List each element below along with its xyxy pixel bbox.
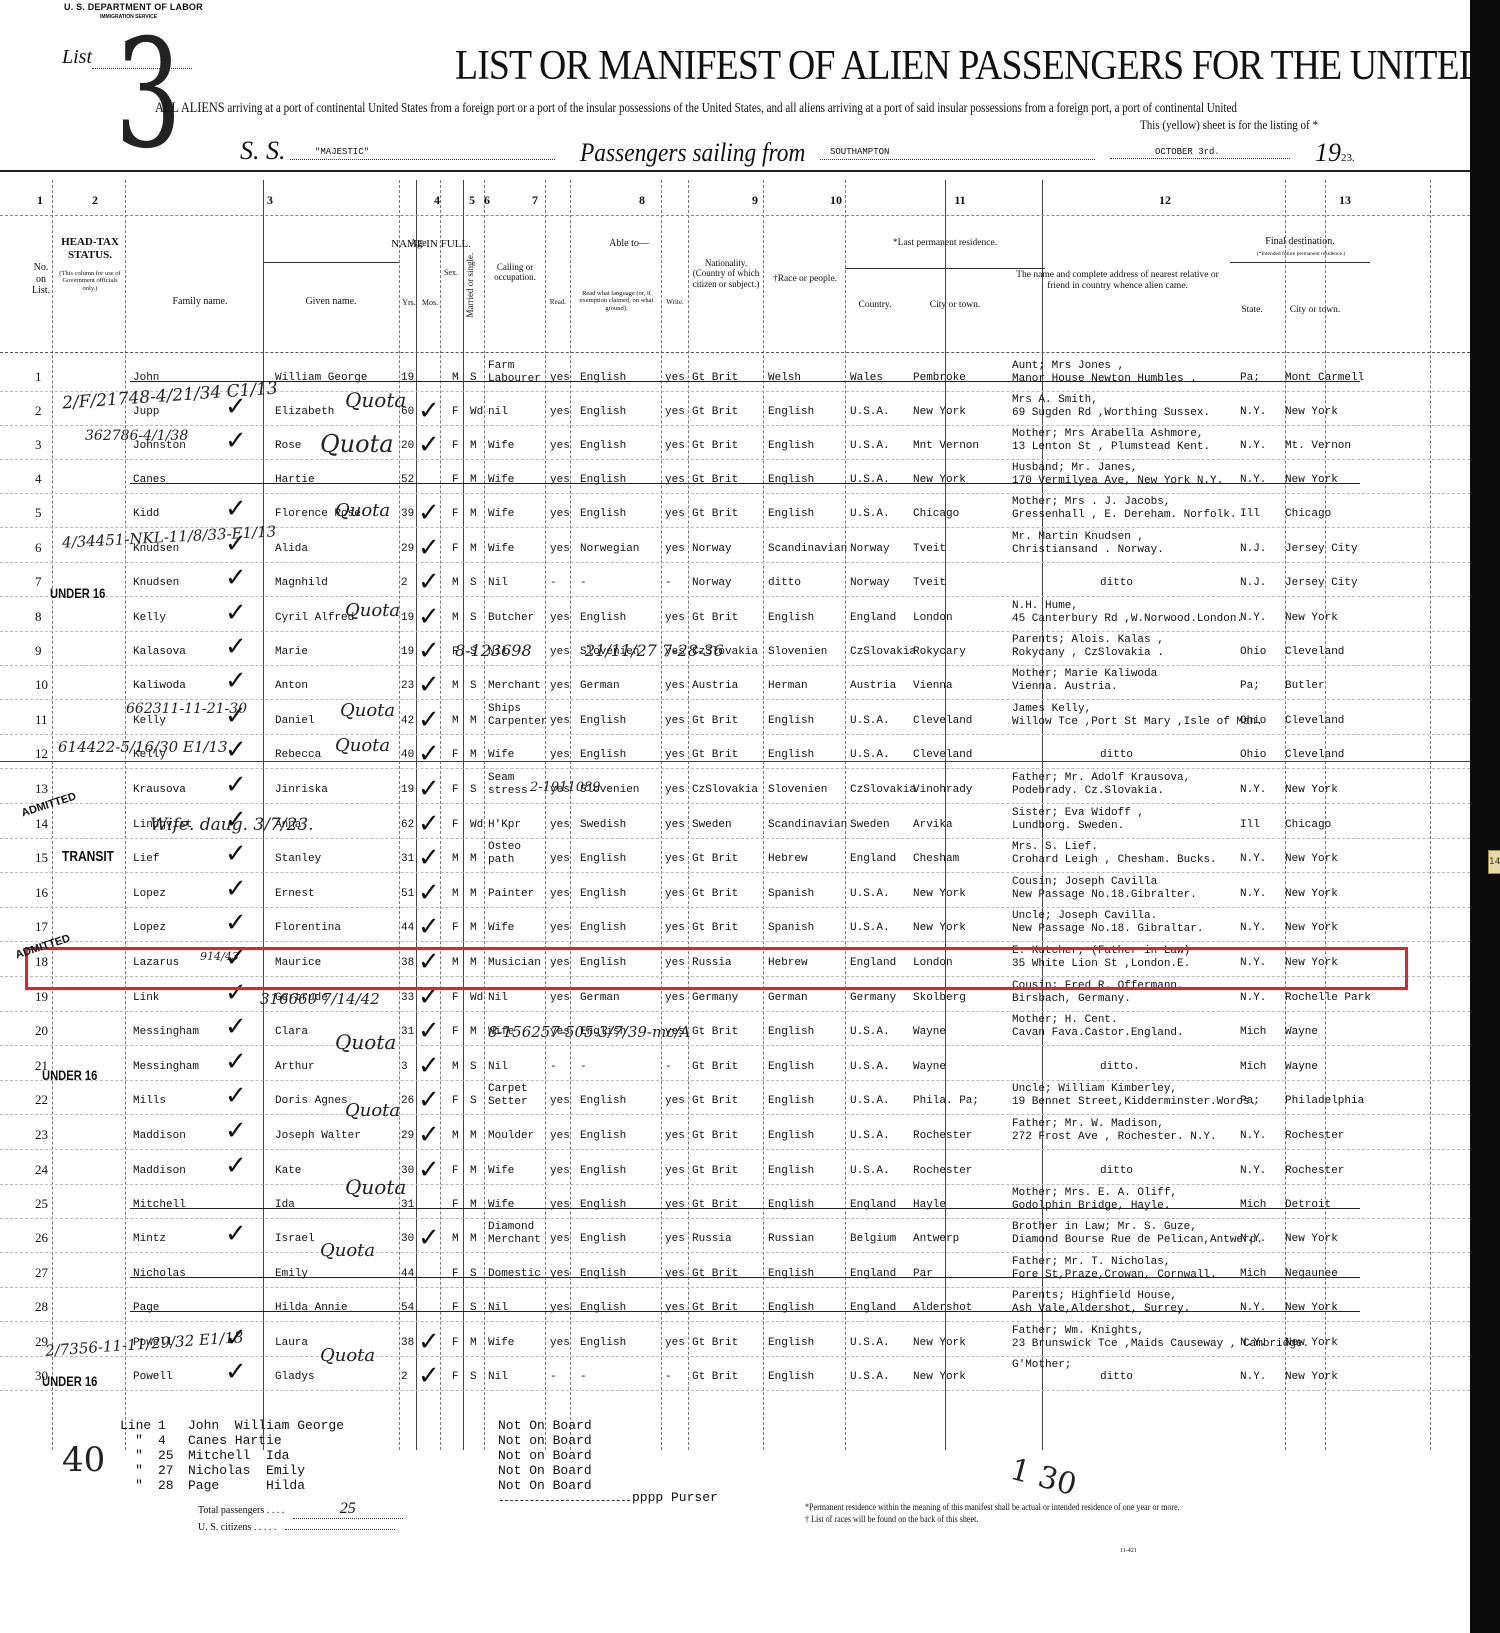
family-name: Lief xyxy=(133,853,159,866)
read-language: English xyxy=(580,1302,626,1315)
relative-address: Diamond Bourse Rue de Pelican,Antwerp. xyxy=(1012,1234,1263,1247)
can-write: yes xyxy=(665,1130,685,1143)
handwritten-quota: Quota xyxy=(335,500,390,521)
check-icon: ✓ xyxy=(225,1014,247,1040)
residence-country: CzSlovakia xyxy=(850,646,916,659)
row-divider xyxy=(0,872,1470,873)
table-row: 21MessinghamArthur3MSNil---Gt BritEnglis… xyxy=(0,1047,1470,1081)
race: English xyxy=(768,1095,814,1108)
can-write: - xyxy=(665,1371,672,1384)
list-line xyxy=(92,68,192,69)
marital-status: M xyxy=(470,474,477,487)
note-passenger-name: Page Hilda xyxy=(188,1478,498,1493)
residence-city: Antwerp xyxy=(913,1233,959,1246)
residence-city: Chicago xyxy=(913,508,959,521)
row-number: 22 xyxy=(35,1093,48,1106)
list-label: List xyxy=(62,46,92,69)
residence-city: Rokycary xyxy=(913,646,966,659)
check-icon: ✓ xyxy=(225,1153,247,1179)
residence-country: CzSlovakia xyxy=(850,784,916,797)
note-line-number: 28 xyxy=(158,1478,188,1493)
can-read: - xyxy=(550,1061,557,1074)
destination-city: Philadelphia xyxy=(1285,1095,1364,1108)
nationality: Gt Brit xyxy=(692,1268,738,1281)
sex: M xyxy=(452,680,459,693)
header-dest-city: City or town. xyxy=(1275,305,1355,316)
relative-name: Aunt; Mrs Jones , xyxy=(1012,360,1124,373)
handwritten-note: 662311-11-21-30 xyxy=(126,701,247,717)
residence-country: U.S.A. xyxy=(850,1337,890,1350)
sex: F xyxy=(452,819,459,832)
nationality: Gt Brit xyxy=(692,1130,738,1143)
destination-city: Negaunee xyxy=(1285,1268,1338,1281)
can-read: - xyxy=(550,577,557,590)
row-number: 8 xyxy=(35,610,42,623)
can-write: yes xyxy=(665,888,685,901)
read-language: English xyxy=(580,1165,626,1178)
note-status: Not On Board xyxy=(498,1418,592,1433)
age-years: 39 xyxy=(401,508,414,521)
destination-city: Mt. Vernon xyxy=(1285,440,1351,453)
relative-address: ditto xyxy=(1100,1165,1133,1178)
row-number: 15 xyxy=(35,851,48,864)
occupation: Wife xyxy=(488,1165,514,1178)
can-write: yes xyxy=(665,440,685,453)
can-write: yes xyxy=(665,612,685,625)
race: Spanish xyxy=(768,922,814,935)
read-language: English xyxy=(580,853,626,866)
relative-name: Uncle; William Kimberley, xyxy=(1012,1083,1177,1096)
destination-state: N.Y. xyxy=(1240,922,1266,935)
sex: F xyxy=(452,1026,459,1039)
can-read: yes xyxy=(550,474,570,487)
departure-port: SOUTHAMPTON xyxy=(820,147,1095,160)
header-able-to: Able to— xyxy=(570,238,688,250)
read-language: English xyxy=(580,440,626,453)
not-on-board-notes: Line1John William GeorgeNot On Board"4Ca… xyxy=(120,1418,592,1493)
check-icon: ✓ xyxy=(225,428,247,454)
sex: F xyxy=(452,543,459,556)
header-head-tax-note: (This column for use of Government offic… xyxy=(58,270,122,292)
nationality: Gt Brit xyxy=(692,922,738,935)
destination-state: Mich xyxy=(1240,1268,1266,1281)
table-row: 5KiddFlorence Rose39FMWifeyesEnglishyesG… xyxy=(0,494,1470,528)
can-write: yes xyxy=(665,1233,685,1246)
destination-state: Pa; xyxy=(1240,372,1260,385)
col-number: 9 xyxy=(745,193,765,208)
age-years: 33 xyxy=(401,992,414,1005)
handwritten-quota: Quota xyxy=(345,1100,400,1121)
can-read: yes xyxy=(550,715,570,728)
header-married: Married or single. xyxy=(465,235,475,335)
sex: F xyxy=(452,784,459,797)
viewer-timestamp-tab[interactable]: 14: xyxy=(1488,850,1500,874)
check-icon: ✓ xyxy=(418,1157,440,1183)
purser-label: pppp Purser xyxy=(632,1490,718,1505)
residence-city: Mnt Vernon xyxy=(913,440,979,453)
departure-port-value: SOUTHAMPTON xyxy=(820,147,889,157)
nationality: Gt Brit xyxy=(692,1337,738,1350)
check-icon: ✓ xyxy=(418,1329,440,1355)
handwritten-quota: Quota xyxy=(320,1345,375,1366)
col-number: 11 xyxy=(950,193,970,208)
relative-name: James Kelly, xyxy=(1012,703,1091,716)
relative-address: Cavan Fava.Castor.England. xyxy=(1012,1027,1184,1040)
can-write: yes xyxy=(665,680,685,693)
family-name: Knudsen xyxy=(133,577,179,590)
relative-name: Mrs A. Smith, xyxy=(1012,394,1098,407)
sailing-label: Passengers sailing from xyxy=(580,138,805,168)
residence-city: Hayle xyxy=(913,1199,946,1212)
destination-state: N.Y. xyxy=(1240,1130,1266,1143)
relative-name: Husband; Mr. Janes, xyxy=(1012,462,1137,475)
read-language: English xyxy=(580,372,626,385)
can-read: yes xyxy=(550,646,570,659)
occupation: Wife xyxy=(488,1337,514,1350)
race: Russian xyxy=(768,1233,814,1246)
total-passengers-value: 25 xyxy=(293,1500,403,1519)
row-divider xyxy=(0,1252,1470,1253)
race: English xyxy=(768,1302,814,1315)
relative-name: Parents; Alois. Kalas , xyxy=(1012,634,1164,647)
family-name: Maddison xyxy=(133,1165,186,1178)
given-name: Stanley xyxy=(275,853,321,866)
note-line-number: 25 xyxy=(158,1448,188,1463)
residence-city: New York xyxy=(913,1337,966,1350)
marital-status: S xyxy=(470,1371,477,1384)
age-years: 2 xyxy=(401,1371,408,1384)
destination-state: N.Y. xyxy=(1240,440,1266,453)
can-write: yes xyxy=(665,372,685,385)
given-name: Marie xyxy=(275,646,308,659)
family-name: Mintz xyxy=(133,1233,166,1246)
given-name: Israel xyxy=(275,1233,315,1246)
table-row: 4CanesHartie52FMWifeyesEnglishyesGt Brit… xyxy=(0,460,1470,494)
nationality: Gt Brit xyxy=(692,1199,738,1212)
stamp-under-16: UNDER 16 xyxy=(42,1067,97,1083)
note-passenger-name: Mitchell Ida xyxy=(188,1448,498,1463)
check-icon: ✓ xyxy=(225,1359,247,1385)
year-suffix: 23. xyxy=(1341,152,1355,164)
can-write: yes xyxy=(665,474,685,487)
residence-country: England xyxy=(850,853,896,866)
family-name: Kaliwoda xyxy=(133,680,186,693)
residence-city: Wayne xyxy=(913,1026,946,1039)
stamp-under-16: UNDER 16 xyxy=(42,1373,97,1389)
row-divider xyxy=(0,1321,1470,1322)
destination-state: N.Y. xyxy=(1240,992,1266,1005)
sex: M xyxy=(452,1061,459,1074)
relative-address: Vienna. Austria. xyxy=(1012,681,1118,694)
relative-address: Manor House Newton Humbles . xyxy=(1012,373,1197,386)
row-number: 10 xyxy=(35,678,48,691)
given-name: Emily xyxy=(275,1268,308,1281)
age-years: 31 xyxy=(401,1026,414,1039)
footnote-residence: *Permanent residence within the meaning … xyxy=(805,1502,1180,1514)
relative-name: Mother; Marie Kaliwoda xyxy=(1012,668,1157,681)
nationality: Gt Brit xyxy=(692,508,738,521)
relative-name: Parents; Highfield House, xyxy=(1012,1290,1177,1303)
col-number: 3 xyxy=(260,193,280,208)
table-row: 23MaddisonJoseph Walter29MMMoulderyesEng… xyxy=(0,1116,1470,1150)
can-write: - xyxy=(665,577,672,590)
residence-country: U.S.A. xyxy=(850,474,890,487)
can-read: yes xyxy=(550,1130,570,1143)
can-write: yes xyxy=(665,1165,685,1178)
subtitle-2: This (yellow) sheet is for the listing o… xyxy=(1140,117,1318,133)
given-name: Cyril Alfred xyxy=(275,612,354,625)
destination-state: N.Y. xyxy=(1240,1371,1266,1384)
residence-country: U.S.A. xyxy=(850,1061,890,1074)
occupation: Wife xyxy=(488,508,514,521)
relative-address: ditto xyxy=(1100,1371,1133,1384)
col-number: 7 xyxy=(525,193,545,208)
given-name: William George xyxy=(275,372,367,385)
relative-name: Mother; Mrs. E. A. Oliff, xyxy=(1012,1187,1177,1200)
can-read: yes xyxy=(550,922,570,935)
given-name: Rose xyxy=(275,440,301,453)
residence-country: U.S.A. xyxy=(850,1371,890,1384)
check-icon: ✓ xyxy=(418,914,440,940)
residence-city: Chesham xyxy=(913,853,959,866)
nationality: Gt Brit xyxy=(692,853,738,866)
check-icon: ✓ xyxy=(418,1363,440,1389)
read-language: English xyxy=(580,406,626,419)
table-row: 27NicholasEmily44FSDomesticyesEnglishyes… xyxy=(0,1254,1470,1288)
residence-city: Vinohrady xyxy=(913,784,972,797)
can-write: yes xyxy=(665,508,685,521)
occupation: Osteo path xyxy=(488,841,546,867)
margin-count: 40 xyxy=(62,1440,105,1480)
header-city: City or town. xyxy=(905,300,1005,311)
family-name: Nicholas xyxy=(133,1268,186,1281)
marital-status: M xyxy=(470,1199,477,1212)
table-row: 22MillsDoris Agnes26FSCarpet SetteryesEn… xyxy=(0,1081,1470,1115)
given-name: Magnhild xyxy=(275,577,328,590)
handwritten-note: 914/43 xyxy=(200,950,239,963)
marital-status: S xyxy=(470,577,477,590)
check-icon: ✓ xyxy=(418,880,440,906)
header-divider xyxy=(0,170,1470,172)
note-prefix: Line xyxy=(120,1418,158,1433)
row-number: 27 xyxy=(35,1266,48,1279)
family-name: Messingham xyxy=(133,1026,199,1039)
nationality: Gt Brit xyxy=(692,406,738,419)
handwritten-quota: Quota xyxy=(335,1030,396,1054)
signature-dash xyxy=(500,1500,630,1501)
family-name: Lopez xyxy=(133,888,166,901)
table-row: 16LopezErnest51MMPainteryesEnglishyesGt … xyxy=(0,874,1470,908)
marital-status: S xyxy=(470,784,477,797)
header-sex: Sex. xyxy=(440,268,462,277)
family-name: Lopez xyxy=(133,922,166,935)
read-language: English xyxy=(580,1199,626,1212)
residence-country: U.S.A. xyxy=(850,508,890,521)
nationality: Gt Brit xyxy=(692,1302,738,1315)
can-read: yes xyxy=(550,1095,570,1108)
manifest-page: U. S. DEPARTMENT OF LABOR IMMIGRATION SE… xyxy=(0,0,1470,1633)
destination-state: N.J. xyxy=(1240,543,1266,556)
residence-country: Germany xyxy=(850,992,896,1005)
can-write: yes xyxy=(665,1302,685,1315)
age-years: 52 xyxy=(401,474,414,487)
note-prefix: " xyxy=(120,1433,158,1448)
sex: F xyxy=(452,1302,459,1315)
race: English xyxy=(768,715,814,728)
race: ditto xyxy=(768,577,801,590)
sex: M xyxy=(452,1130,459,1143)
header-calling: Calling or occupation. xyxy=(485,262,545,283)
handwritten-quota: Quota xyxy=(320,1240,375,1261)
destination-city: Butler xyxy=(1285,680,1325,693)
can-read: yes xyxy=(550,992,570,1005)
can-read: yes xyxy=(550,853,570,866)
residence-city: Skolberg xyxy=(913,992,966,1005)
purser-signature-line: pppp Purser xyxy=(500,1490,718,1505)
marital-status: S xyxy=(470,612,477,625)
race: Spanish xyxy=(768,888,814,901)
handwritten-quota: Quota xyxy=(345,600,400,621)
race: English xyxy=(768,508,814,521)
destination-city: New York xyxy=(1285,1233,1338,1246)
check-icon: ✓ xyxy=(225,772,247,798)
family-name: Kelly xyxy=(133,612,166,625)
row-number: 17 xyxy=(35,920,48,933)
col-number: 4 xyxy=(427,193,447,208)
age-years: 31 xyxy=(401,1199,414,1212)
marital-status: M xyxy=(470,440,477,453)
check-icon: ✓ xyxy=(418,432,440,458)
marital-status: S xyxy=(470,680,477,693)
table-row: 7KnudsenMagnhild2MSNil---NorwaydittoNorw… xyxy=(0,563,1470,597)
note-prefix: " xyxy=(120,1448,158,1463)
residence-country: U.S.A. xyxy=(850,1095,890,1108)
row-number: 5 xyxy=(35,506,42,519)
occupation: Wife xyxy=(488,1199,514,1212)
race: English xyxy=(768,1061,814,1074)
row-number: 26 xyxy=(35,1231,48,1244)
can-read: yes xyxy=(550,508,570,521)
family-name: Link xyxy=(133,992,159,1005)
given-name: Florentina xyxy=(275,922,341,935)
relative-address: Godolphin Bridge, Hayle. xyxy=(1012,1200,1170,1213)
grid-line xyxy=(263,262,399,263)
can-write: yes xyxy=(665,1199,685,1212)
residence-city: Arvika xyxy=(913,819,953,832)
can-read: yes xyxy=(550,1337,570,1350)
can-read: yes xyxy=(550,372,570,385)
race: English xyxy=(768,1371,814,1384)
can-write: yes xyxy=(665,992,685,1005)
relative-address: Christiansand . Norway. xyxy=(1012,544,1164,557)
marital-status: Wd xyxy=(470,819,483,832)
read-language: English xyxy=(580,1130,626,1143)
race: English xyxy=(768,474,814,487)
col-number: 10 xyxy=(826,193,846,208)
handwritten-quota: Quota xyxy=(320,430,394,458)
can-write: yes xyxy=(665,819,685,832)
can-read: yes xyxy=(550,1199,570,1212)
viewer-edge xyxy=(1470,0,1500,1633)
read-language: English xyxy=(580,508,626,521)
destination-city: Chicago xyxy=(1285,819,1331,832)
residence-country: U.S.A. xyxy=(850,715,890,728)
note-status: Not On Board xyxy=(498,1463,592,1478)
handwritten-note: 614422-5/16/30 E1/13 xyxy=(58,738,228,756)
race: English xyxy=(768,1199,814,1212)
can-read: yes xyxy=(550,1302,570,1315)
family-name: Mitchell xyxy=(133,1199,186,1212)
given-name: Gladys xyxy=(275,1371,315,1384)
nationality: Austria xyxy=(692,680,738,693)
destination-city: New York xyxy=(1285,406,1338,419)
read-language: English xyxy=(580,1337,626,1350)
year: 1923. xyxy=(1315,138,1355,168)
race: English xyxy=(768,1026,814,1039)
race: Scandinavian xyxy=(768,543,847,556)
residence-country: U.S.A. xyxy=(850,406,890,419)
table-row: 13KrausovaJinriska19FSSeam stressyesSlov… xyxy=(0,770,1470,804)
destination-city: Jersey City xyxy=(1285,577,1358,590)
destination-city: Rochester xyxy=(1285,1130,1344,1143)
handwritten-note: 2-1911089 xyxy=(530,780,601,795)
grid-line xyxy=(845,268,1045,269)
occupation: Painter xyxy=(488,888,534,901)
residence-city: Rochester xyxy=(913,1165,972,1178)
sex: F xyxy=(452,474,459,487)
row-divider xyxy=(0,1114,1470,1115)
destination-state: N.Y. xyxy=(1240,853,1266,866)
col-number: 13 xyxy=(1335,193,1355,208)
check-icon: ✓ xyxy=(418,1018,440,1044)
sex: M xyxy=(452,577,459,590)
residence-city: Tveit xyxy=(913,543,946,556)
sex: M xyxy=(452,612,459,625)
row-divider xyxy=(0,768,1470,769)
occupation: nil xyxy=(488,406,508,419)
occupation: Wife xyxy=(488,543,514,556)
nationality: Gt Brit xyxy=(692,1026,738,1039)
header-country: Country. xyxy=(845,300,905,311)
read-language: English xyxy=(580,715,626,728)
residence-country: England xyxy=(850,612,896,625)
relative-name: Brother in Law; Mr. S. Guze, xyxy=(1012,1221,1197,1234)
check-icon: ✓ xyxy=(418,638,440,664)
residence-country: England xyxy=(850,1302,896,1315)
residence-city: Aldershot xyxy=(913,1302,972,1315)
can-write: yes xyxy=(665,715,685,728)
relative-address: Birsbach, Germany. xyxy=(1012,993,1131,1006)
read-language: - xyxy=(580,1061,587,1074)
relative-name: N.H. Hume, xyxy=(1012,600,1078,613)
given-name: Joseph Walter xyxy=(275,1130,361,1143)
destination-city: New York xyxy=(1285,1302,1338,1315)
check-icon: ✓ xyxy=(418,707,440,733)
can-read: yes xyxy=(550,680,570,693)
marital-status: M xyxy=(470,1165,477,1178)
destination-city: Cleveland xyxy=(1285,715,1344,728)
row-number: 2 xyxy=(35,404,42,417)
header-mos: Mos. xyxy=(419,298,441,307)
sex: M xyxy=(452,888,459,901)
nationality: Gt Brit xyxy=(692,1095,738,1108)
row-number: 9 xyxy=(35,644,42,657)
destination-state: N.Y. xyxy=(1240,1302,1266,1315)
check-icon: ✓ xyxy=(418,811,440,837)
sex: M xyxy=(452,1233,459,1246)
destination-state: Ohio xyxy=(1240,646,1266,659)
destination-state: N.J. xyxy=(1240,577,1266,590)
